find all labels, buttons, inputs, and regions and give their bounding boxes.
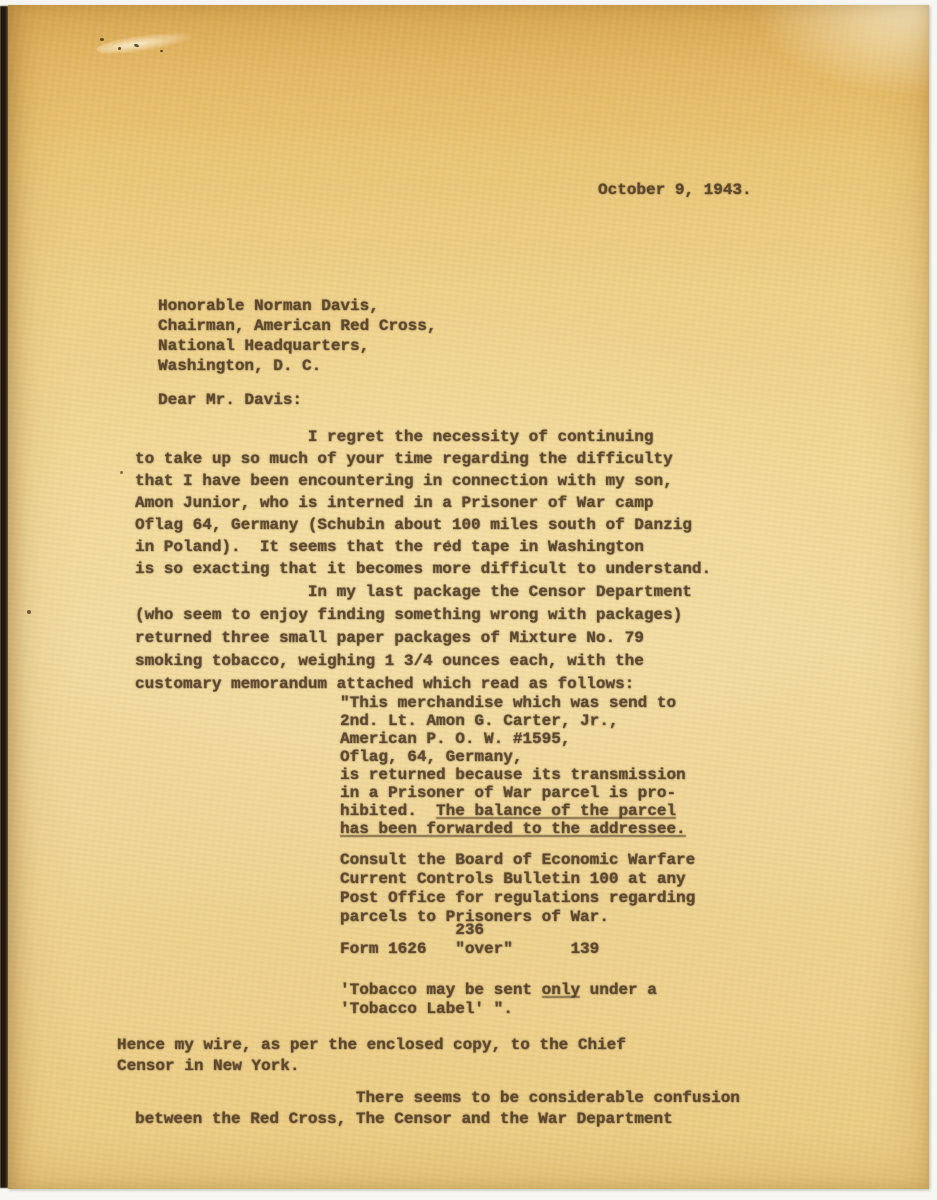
wire-paragraph: Hence my wire, as per the enclosed copy,… [117, 1035, 626, 1077]
paper-crease [95, 28, 192, 57]
consult-board-note: Consult the Board of Economic Warfare Cu… [340, 851, 695, 927]
scanned-letter: October 9, 1943. Honorable Norman Davis,… [0, 0, 937, 1200]
form-number-line: 236 Form 1626 "over" 139 [340, 921, 599, 959]
underline-forwarded-addressee [340, 835, 686, 837]
paper-speck [100, 38, 104, 41]
letter-date: October 9, 1943. [598, 180, 752, 200]
paper-speck [27, 610, 31, 614]
underline-balance-of-parcel [436, 817, 676, 819]
recipient-address: Honorable Norman Davis, Chairman, Americ… [158, 296, 436, 376]
paper-speck [118, 47, 121, 50]
paragraph-censor-package: In my last package the Censor Department… [135, 581, 692, 696]
underline-only [542, 996, 580, 998]
tobacco-label-note: 'Tobacco may be sent only under a 'Tobac… [340, 981, 657, 1019]
final-paragraph: There seems to be considerable confusion… [135, 1088, 740, 1130]
paper-speck [120, 471, 123, 474]
paper-speck [160, 50, 163, 52]
salutation: Dear Mr. Davis: [158, 390, 302, 410]
paragraph-intro: I regret the necessity of continuing to … [135, 426, 711, 580]
